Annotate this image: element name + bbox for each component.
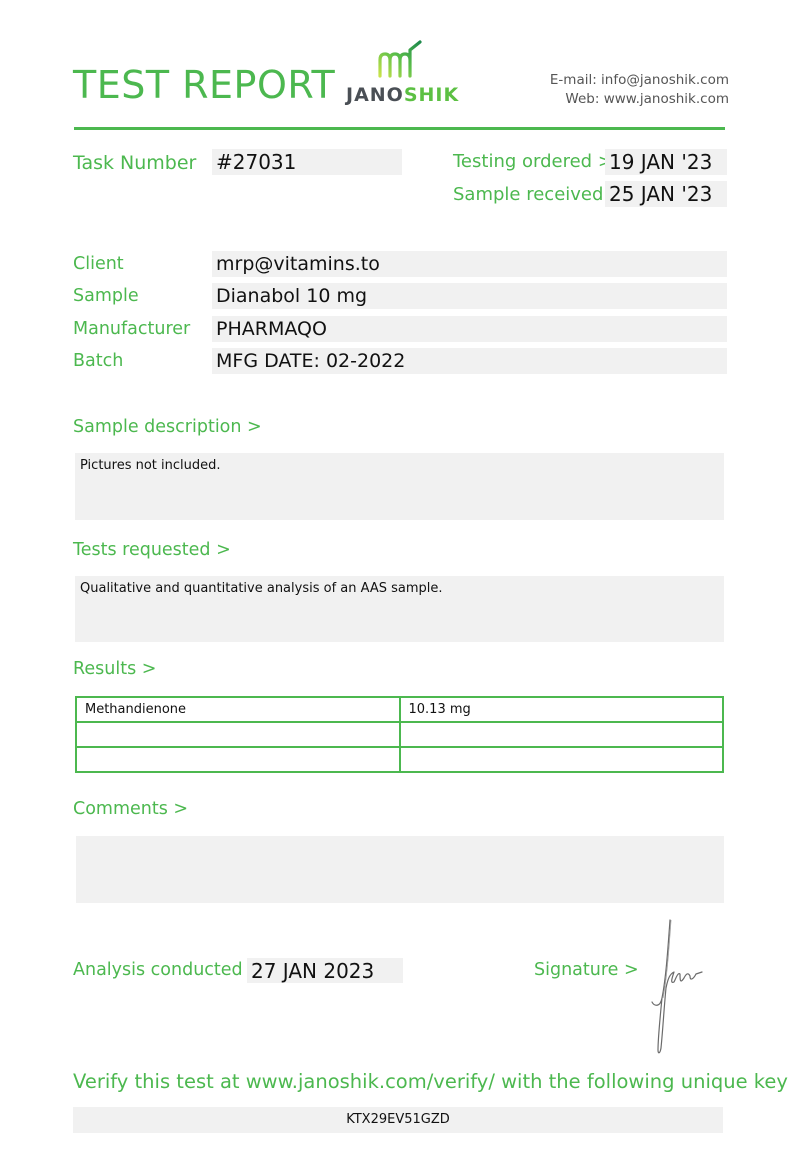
contact-email: E-mail: info@janoshik.com bbox=[550, 71, 729, 90]
janoshik-logo: JANOSHIK bbox=[346, 40, 458, 108]
task-number-label: Task Number bbox=[73, 154, 196, 173]
table-row bbox=[76, 722, 723, 747]
table-row: Methandienone 10.13 mg bbox=[76, 697, 723, 722]
result-compound: Methandienone bbox=[76, 697, 400, 722]
batch-value: MFG DATE: 02-2022 bbox=[212, 348, 727, 374]
client-label: Client bbox=[73, 256, 124, 274]
testing-ordered-value: 19 JAN '23 bbox=[605, 149, 727, 175]
signature-image bbox=[640, 918, 710, 1058]
sample-received-label: Sample received > bbox=[453, 186, 624, 204]
task-number-value: #27031 bbox=[212, 149, 402, 175]
logo-chart-icon bbox=[376, 40, 426, 80]
result-amount bbox=[400, 722, 724, 747]
table-row bbox=[76, 747, 723, 772]
comments-label: Comments > bbox=[73, 801, 188, 819]
result-amount: 10.13 mg bbox=[400, 697, 724, 722]
results-label: Results > bbox=[73, 661, 156, 679]
result-compound bbox=[76, 722, 400, 747]
tests-requested-box: Qualitative and quantitative analysis of… bbox=[75, 576, 724, 642]
result-compound bbox=[76, 747, 400, 772]
sample-received-value: 25 JAN '23 bbox=[605, 181, 727, 207]
sample-value: Dianabol 10 mg bbox=[212, 283, 727, 309]
signature-label: Signature > bbox=[534, 962, 639, 980]
logo-wordmark: JANOSHIK bbox=[346, 84, 459, 106]
result-amount bbox=[400, 747, 724, 772]
sample-label: Sample bbox=[73, 288, 139, 306]
tests-requested-label: Tests requested > bbox=[73, 542, 231, 560]
analysis-conducted-value: 27 JAN 2023 bbox=[247, 958, 403, 983]
sample-description-label: Sample description > bbox=[73, 419, 262, 437]
header-divider bbox=[74, 127, 725, 130]
verification-key: KTX29EV51GZD bbox=[73, 1107, 723, 1133]
manufacturer-value: PHARMAQO bbox=[212, 316, 727, 342]
batch-label: Batch bbox=[73, 353, 123, 371]
report-title: TEST REPORT bbox=[73, 66, 335, 104]
results-table: Methandienone 10.13 mg bbox=[75, 696, 724, 773]
comments-box bbox=[76, 836, 724, 903]
verify-instructions: Verify this test at www.janoshik.com/ver… bbox=[73, 1070, 788, 1093]
analysis-conducted-label: Analysis conducted > bbox=[73, 962, 263, 980]
manufacturer-label: Manufacturer bbox=[73, 321, 190, 339]
client-value: mrp@vitamins.to bbox=[212, 251, 727, 277]
testing-ordered-label: Testing ordered > bbox=[453, 153, 613, 171]
contact-info: E-mail: info@janoshik.com Web: www.janos… bbox=[550, 71, 729, 109]
sample-description-box: Pictures not included. bbox=[75, 453, 724, 520]
contact-web: Web: www.janoshik.com bbox=[550, 90, 729, 109]
